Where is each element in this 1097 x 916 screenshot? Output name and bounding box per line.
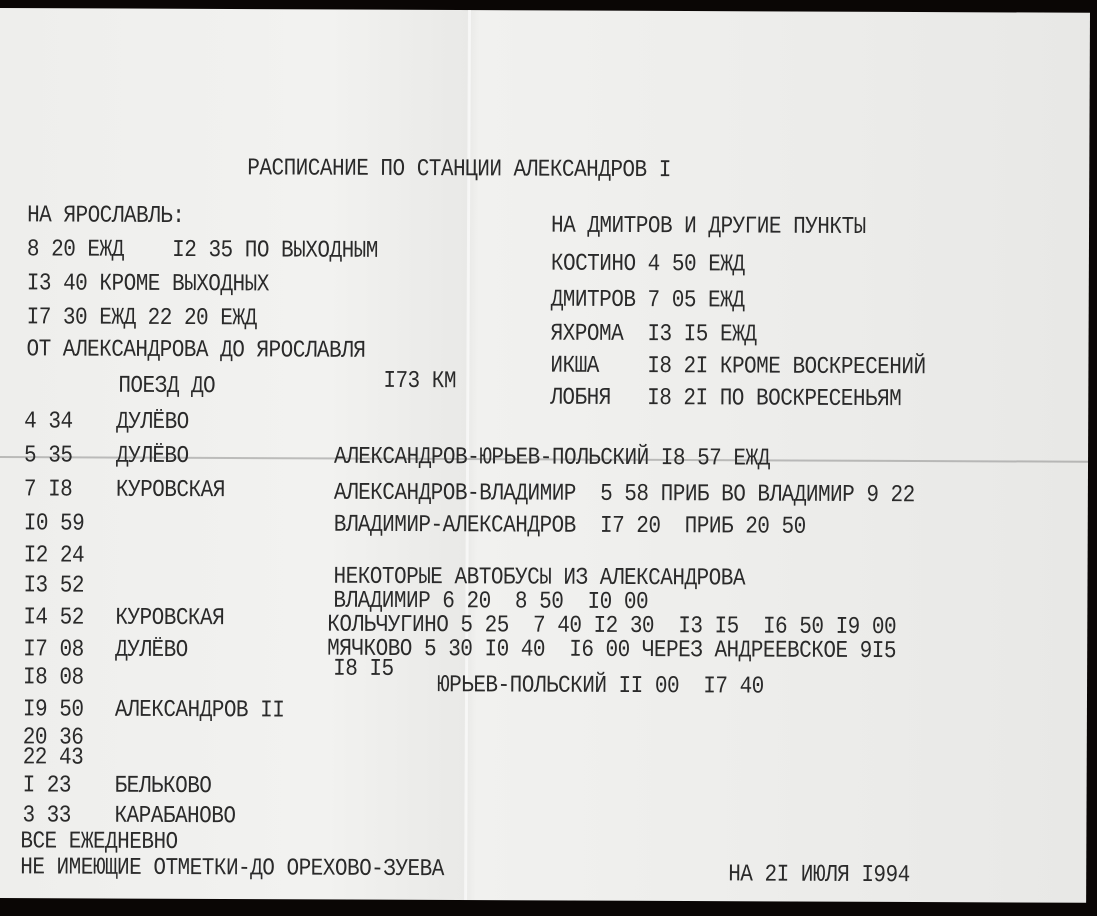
dmitrov-line: ДМИТРОВ 7 05 ЕЖД xyxy=(551,288,745,313)
train-destination: КУРОВСКАЯ xyxy=(115,607,224,632)
document-date: НА 2I ИЮЛЯ I994 xyxy=(728,863,910,888)
dmitrov-heading: НА ДМИТРОВ И ДРУГИЕ ПУНКТЫ xyxy=(551,214,866,240)
train-time: I2 24 xyxy=(24,544,85,568)
train-destination: КУРОВСКАЯ xyxy=(116,479,225,504)
route-line: ВЛАДИМИР-АЛЕКСАНДРОВ I7 20 ПРИБ 20 50 xyxy=(334,513,806,539)
train-time: I3 52 xyxy=(23,574,84,598)
dmitrov-line: ЛОБНЯ I8 2I ПО ВОСКРЕСЕНЬЯМ xyxy=(550,386,901,412)
route-line: АЛЕКСАНДРОВ-ЮРЬЕВ-ПОЛЬСКИЙ I8 57 ЕЖД xyxy=(334,445,770,471)
dmitrov-line: КОСТИНО 4 50 ЕЖД xyxy=(551,252,745,277)
train-time: I9 50 xyxy=(23,698,84,722)
train-time: I0 59 xyxy=(24,512,85,536)
train-time: I7 08 xyxy=(23,638,84,662)
bus-line: ЮРЬЕВ-ПОЛЬСКИЙ II 00 I7 40 xyxy=(437,674,764,700)
bus-line: ВЛАДИМИР 6 20 8 50 I0 00 xyxy=(333,589,648,615)
train-destination: КАРАБАНОВО xyxy=(114,805,235,830)
yaroslavl-line: 8 20 ЕЖД I2 35 ПО ВЫХОДНЫМ xyxy=(27,238,378,264)
train-time: 7 I8 xyxy=(24,478,73,502)
train-destination: ДУЛЁВО xyxy=(116,411,189,435)
yaroslavl-line: I3 40 КРОМЕ ВЫХОДНЫХ xyxy=(27,272,269,297)
train-time: 4 34 xyxy=(24,410,73,434)
document-title: РАСПИСАНИЕ ПО СТАНЦИИ АЛЕКСАНДРОВ I xyxy=(247,157,671,183)
yaroslavl-heading: НА ЯРОСЛАВЛЬ: xyxy=(27,204,184,229)
bus-line: МЯЧКОВО 5 30 I0 40 I6 00 ЧЕРЕЗ АНДРЕЕВСК… xyxy=(327,637,896,664)
train-destination: АЛЕКСАНДРОВ II xyxy=(115,699,285,724)
trains-heading: ПОЕЗД ДО xyxy=(118,375,215,400)
train-destination: ДУЛЁВО xyxy=(115,639,188,663)
train-time: I8 08 xyxy=(23,666,84,690)
yaroslavl-distance-value: I73 КМ xyxy=(383,370,456,394)
dmitrov-line: ЯХРОМА I3 I5 ЕЖД xyxy=(551,322,757,347)
yaroslavl-distance: ОТ АЛЕКСАНДРОВА ДО ЯРОСЛАВЛЯ xyxy=(26,338,365,364)
train-time: 22 43 xyxy=(23,746,84,770)
bus-line: I8 I5 xyxy=(333,657,394,681)
route-line: АЛЕКСАНДРОВ-ВЛАДИМИР 5 58 ПРИБ ВО ВЛАДИМ… xyxy=(334,481,915,508)
train-time: 3 33 xyxy=(22,804,71,828)
train-time: 5 35 xyxy=(24,444,73,468)
train-time: I4 52 xyxy=(23,606,84,630)
schedule-paper: РАСПИСАНИЕ ПО СТАНЦИИ АЛЕКСАНДРОВ I НА Я… xyxy=(0,8,1090,903)
trains-note: НЕ ИМЕЮЩИЕ ОТМЕТКИ-ДО ОРЕХОВО-ЗУЕВА xyxy=(20,856,444,882)
train-destination: ДУЛЁВО xyxy=(116,445,189,469)
train-time: I 23 xyxy=(23,774,72,798)
dmitrov-line: ИКША I8 2I КРОМЕ ВОСКРЕСЕНИЙ xyxy=(550,354,925,380)
train-list: 4 34ДУЛЁВО5 35ДУЛЁВО7 I8КУРОВСКАЯI0 59I2… xyxy=(0,8,1090,13)
train-destination: БЕЛЬКОВО xyxy=(115,775,212,800)
buses-heading: НЕКОТОРЫЕ АВТОБУСЫ ИЗ АЛЕКСАНДРОВА xyxy=(333,565,745,591)
trains-note: ВСЕ ЕЖЕДНЕВНО xyxy=(20,830,177,855)
yaroslavl-line: I7 30 ЕЖД 22 20 ЕЖД xyxy=(27,306,257,331)
